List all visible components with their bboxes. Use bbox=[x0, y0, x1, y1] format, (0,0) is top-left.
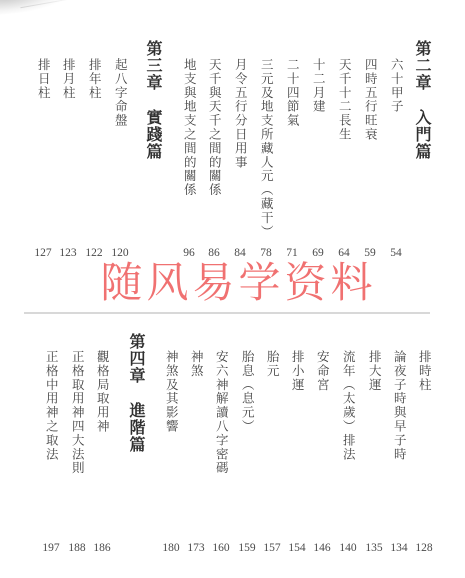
scan-shadow bbox=[0, 0, 71, 17]
toc-entry-title[interactable]: 月令五行分日用事 bbox=[234, 58, 247, 169]
toc-entry-title[interactable]: 排大運 bbox=[368, 350, 381, 392]
toc-page-number: 157 bbox=[263, 542, 280, 554]
toc-entry-title[interactable]: 神煞 bbox=[190, 350, 203, 378]
toc-page-number: 128 bbox=[415, 542, 432, 554]
toc-entry-title[interactable]: 觀格局取用神 bbox=[96, 350, 109, 433]
chapter-4-title: 進階篇 bbox=[127, 402, 146, 453]
toc-entry-title[interactable]: 正格取用神四大法則 bbox=[71, 350, 84, 475]
toc-page-number: 54 bbox=[390, 247, 402, 259]
toc-page-number: 180 bbox=[162, 542, 179, 554]
toc-page-number: 197 bbox=[42, 542, 59, 554]
toc-entry-title[interactable]: 三元及地支所藏人元（藏干） bbox=[260, 58, 273, 239]
toc-entry-title[interactable]: 胎息（息元） bbox=[241, 350, 254, 433]
toc-entry-title[interactable]: 排年柱 bbox=[88, 58, 101, 100]
toc-entry-title[interactable]: 二十四節氣 bbox=[286, 58, 299, 128]
chapter-3-number: 第三章 bbox=[144, 40, 163, 91]
toc-entry-title[interactable]: 流年（太歲）排法 bbox=[342, 350, 355, 461]
toc-page-number: 186 bbox=[93, 542, 110, 554]
toc-page-number: 188 bbox=[68, 542, 85, 554]
toc-entry-title[interactable]: 神煞及其影響 bbox=[165, 350, 178, 433]
toc-entry-title[interactable]: 正格中用神之取法 bbox=[45, 350, 58, 461]
toc-entry-title[interactable]: 排時柱 bbox=[418, 350, 431, 392]
toc-page-number: 173 bbox=[187, 542, 204, 554]
chapter-2-number: 第二章 bbox=[413, 40, 432, 91]
toc-page-number: 123 bbox=[59, 247, 76, 259]
toc-entry-title[interactable]: 安六神解讀八字密碼 bbox=[215, 350, 228, 475]
toc-page-number: 134 bbox=[390, 542, 407, 554]
toc-page-number: 140 bbox=[339, 542, 356, 554]
toc-entry-title[interactable]: 十二月建 bbox=[312, 58, 325, 114]
toc-entry-title[interactable]: 論夜子時與早子時 bbox=[393, 350, 406, 461]
toc-page-number: 146 bbox=[313, 542, 330, 554]
toc-entry-title[interactable]: 胎元 bbox=[266, 350, 279, 378]
chapter-3-title: 實踐篇 bbox=[144, 109, 163, 160]
toc-entry-title[interactable]: 起八字命盤 bbox=[114, 58, 127, 128]
chapter-2-title: 入門篇 bbox=[413, 109, 432, 160]
chapter-4-number: 第四章 bbox=[127, 333, 146, 384]
chapter-2-heading: 第二章入門篇 bbox=[414, 40, 430, 160]
toc-entry-title[interactable]: 天千十二長生 bbox=[338, 58, 351, 141]
toc-entry-title[interactable]: 天千與天千之間的關係 bbox=[208, 58, 221, 197]
toc-page-number: 160 bbox=[212, 542, 229, 554]
watermark-text: 随风易学资料 bbox=[0, 262, 465, 304]
toc-page-number: 159 bbox=[238, 542, 255, 554]
page-divider bbox=[24, 312, 430, 314]
toc-entry-title[interactable]: 排日柱 bbox=[37, 58, 50, 100]
toc-page-number: 135 bbox=[365, 542, 382, 554]
toc-entry-title[interactable]: 排小運 bbox=[291, 350, 304, 392]
toc-entry-title[interactable]: 地支與地支之間的關係 bbox=[183, 58, 196, 197]
toc-page-number: 127 bbox=[34, 247, 51, 259]
toc-entry-title[interactable]: 安命宮 bbox=[316, 350, 329, 392]
toc-entry-title[interactable]: 六十甲子 bbox=[390, 58, 403, 114]
toc-entry-title[interactable]: 四時五行旺衰 bbox=[364, 58, 377, 141]
chapter-3-heading: 第三章實踐篇 bbox=[145, 40, 161, 160]
toc-entry-title[interactable]: 排月柱 bbox=[62, 58, 75, 100]
chapter-4-heading: 第四章進階篇 bbox=[128, 333, 144, 453]
toc-page-number: 154 bbox=[288, 542, 305, 554]
